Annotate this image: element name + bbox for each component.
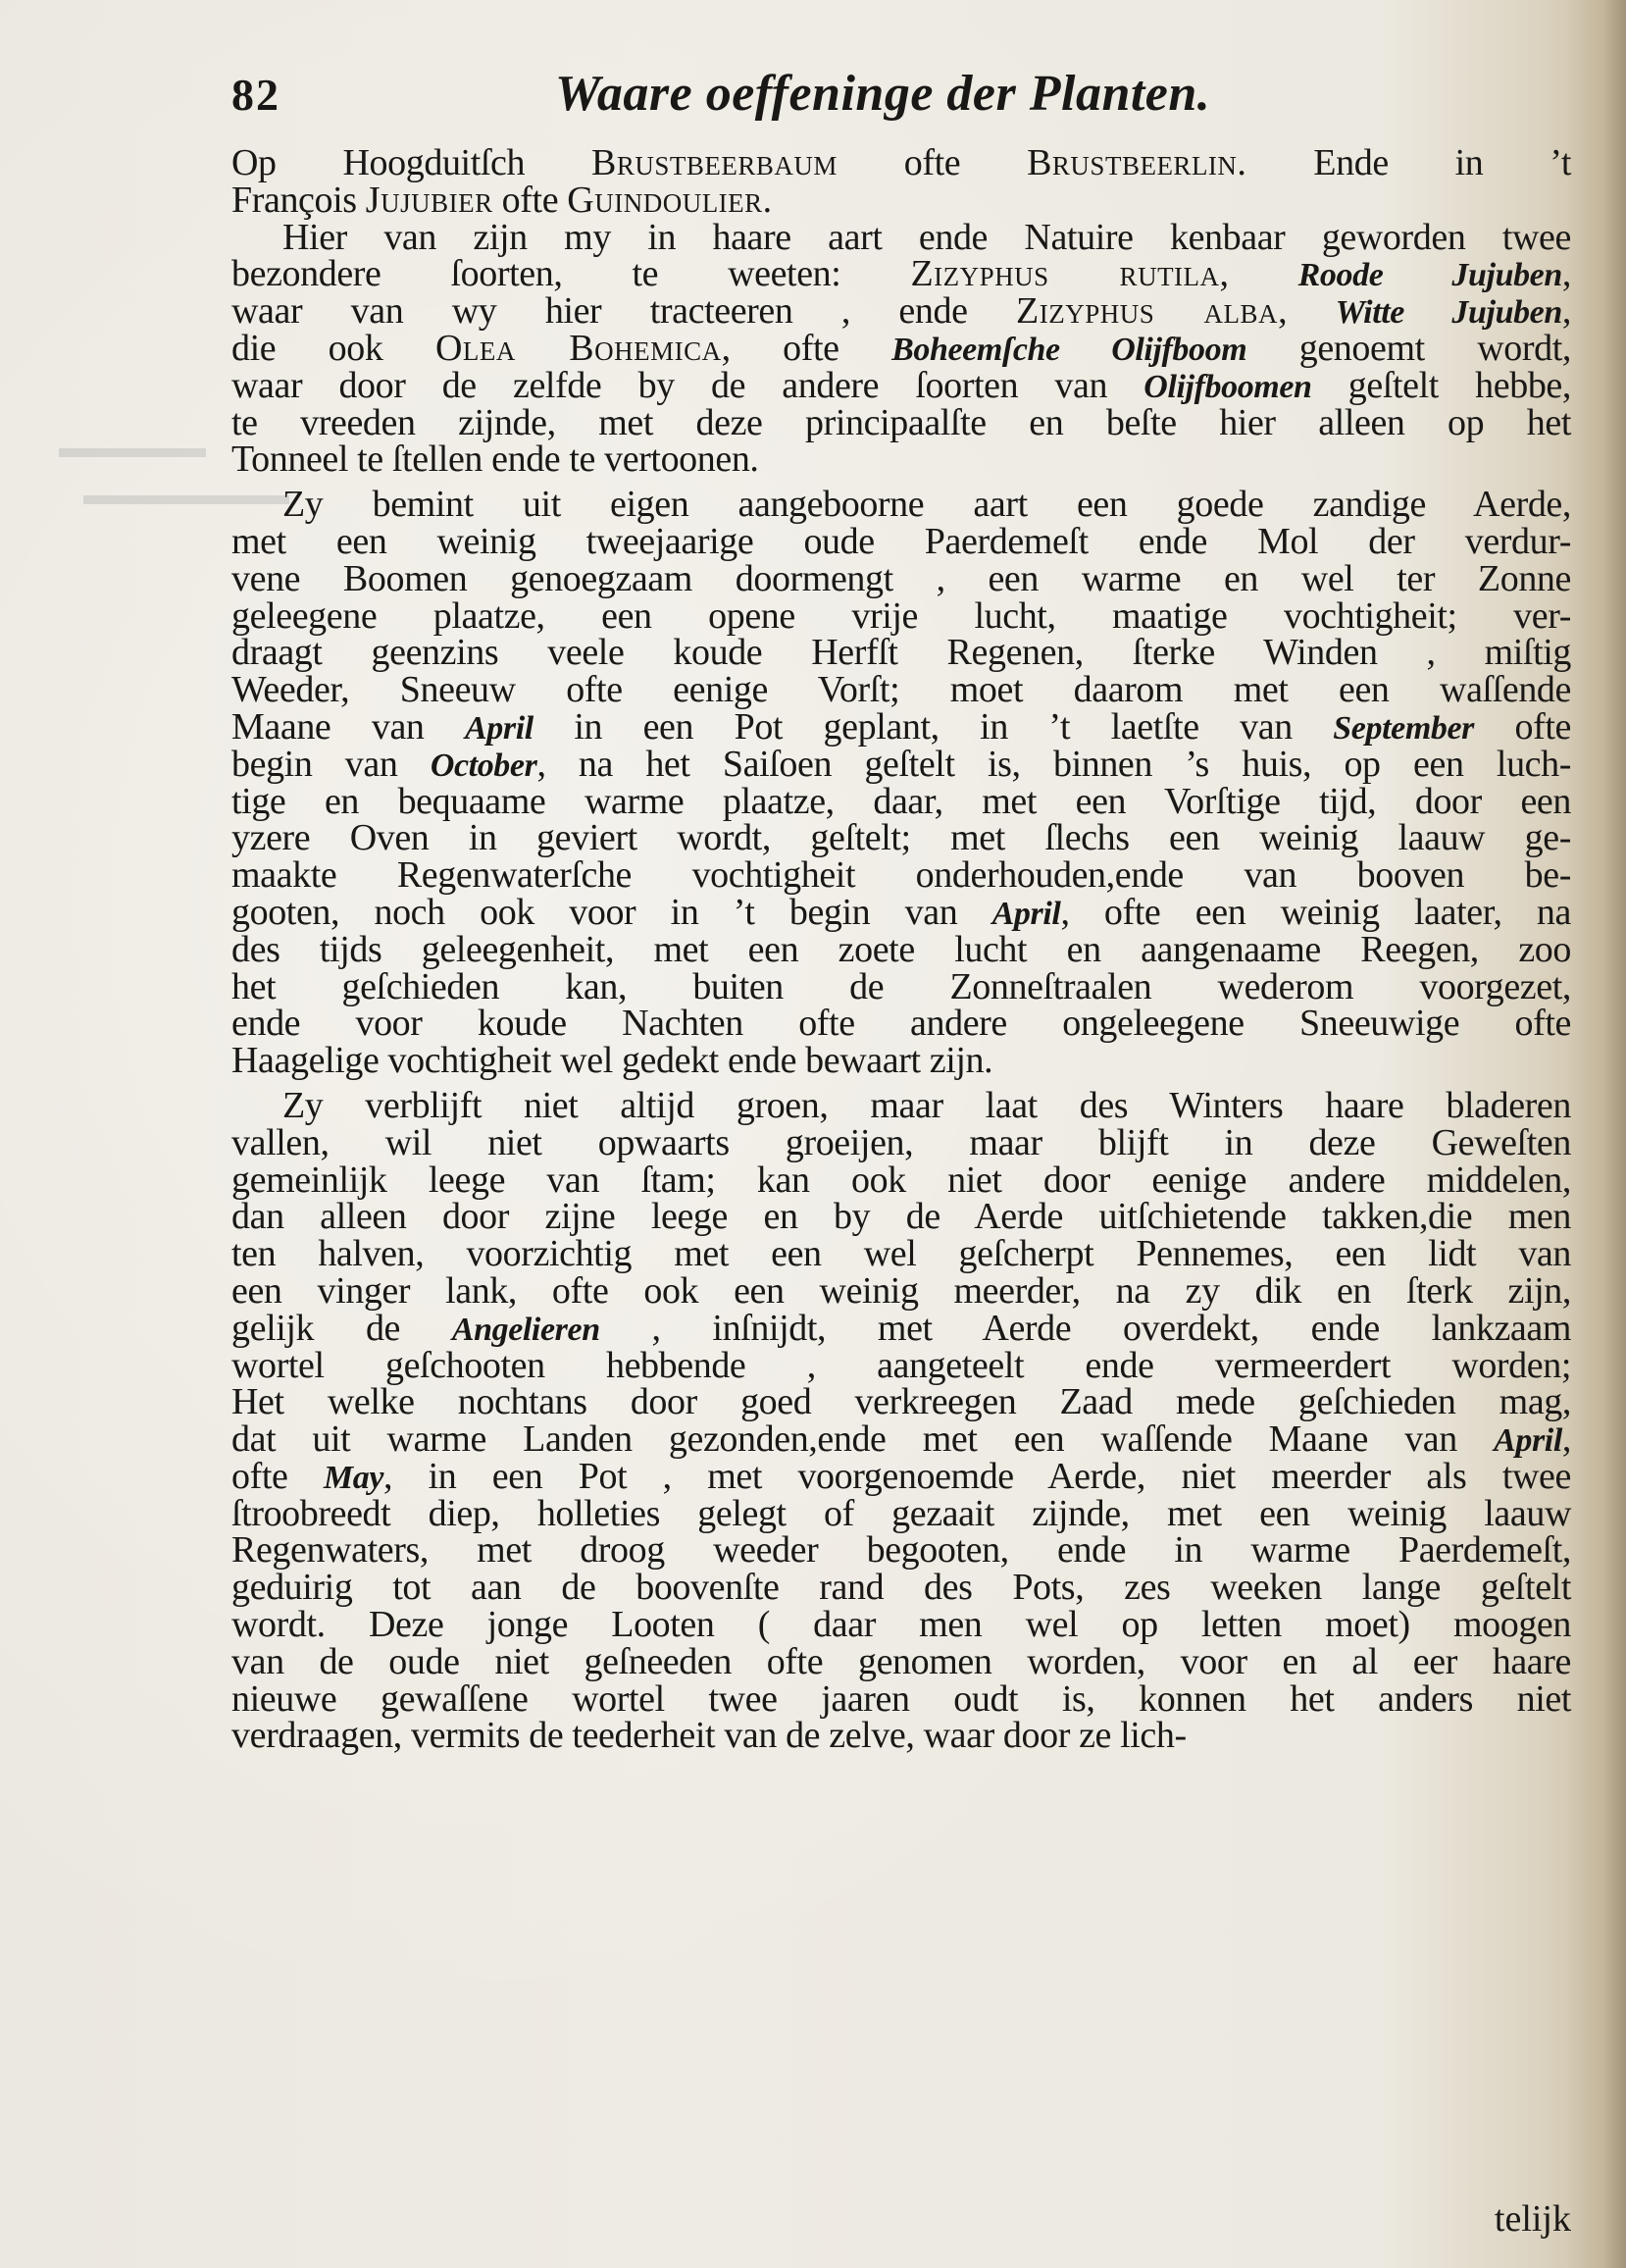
- text-line: Hier van zijn my in haare aart ende Natu…: [231, 220, 1571, 257]
- text-run: ,: [1562, 253, 1571, 294]
- italic-term: Witte Jujuben: [1336, 294, 1562, 331]
- text-line: dat uit warme Landen gezonden,ende met e…: [231, 1421, 1571, 1459]
- text-line: maakte Regenwaterſche vochtigheit onderh…: [231, 857, 1571, 895]
- text-run: waar van wy hier tracteeren , ende: [231, 290, 1016, 332]
- text-run: Tonneel te ſtellen ende te vertoonen.: [231, 438, 759, 480]
- text-line: ende voor koude Nachten ofte andere onge…: [231, 1005, 1571, 1043]
- italic-term: Boheemſche Olijfboom: [891, 332, 1246, 368]
- text-run: ten halven, voorzichtig met een wel geſc…: [231, 1233, 1571, 1274]
- text-line: te vreeden zijnde, met deze principaalſt…: [231, 405, 1571, 442]
- text-run: yzere Oven in geviert wordt, geſtelt; me…: [231, 817, 1571, 858]
- text-line: Zy verblijft niet altijd groen, maar laa…: [231, 1088, 1571, 1125]
- text-line: draagt geenzins veele koude Herfſt Regen…: [231, 635, 1571, 672]
- italic-term: Angelieren: [452, 1312, 600, 1348]
- text-run: Het welke nochtans door goed verkreegen …: [231, 1381, 1571, 1422]
- text-line: vallen, wil niet opwaarts groeijen, maar…: [231, 1125, 1571, 1162]
- italic-term: April: [1494, 1422, 1562, 1459]
- text-run: die ook: [231, 328, 435, 369]
- text-run: vene Boomen genoegzaam doormengt , een w…: [231, 558, 1571, 599]
- paragraph: Zy bemint uit eigen aangeboorne aart een…: [231, 487, 1571, 1080]
- text-run: met een weinig tweejaarige oude Paerdeme…: [231, 521, 1571, 562]
- show-through-text: ▬▬▬▬▬: [59, 432, 206, 465]
- text-run: ,: [1562, 1418, 1571, 1460]
- text-run: ofte: [838, 142, 1027, 183]
- text-run: ofte: [231, 1456, 324, 1497]
- text-line: François Jujubier ofte Guindoulier.: [231, 182, 1571, 220]
- text-run: ,: [1562, 290, 1571, 332]
- running-head-title: Waare oeffeninge der Planten.: [555, 65, 1210, 123]
- text-run: maakte Regenwaterſche vochtigheit onderh…: [231, 854, 1571, 896]
- text-line: het geſchieden kan, buiten de Zonneſtraa…: [231, 969, 1571, 1006]
- text-line: Maane van April in een Pot geplant, in ’…: [231, 709, 1571, 747]
- italic-term: September: [1333, 710, 1474, 747]
- text-line: Haagelige vochtigheit wel gedekt ende be…: [231, 1043, 1571, 1080]
- text-run: tige en bequaame warme plaatze, daar, me…: [231, 781, 1571, 822]
- text-run: Haagelige vochtigheit wel gedekt ende be…: [231, 1040, 992, 1081]
- text-run: Ende in ’t: [1246, 142, 1571, 183]
- text-line: yzere Oven in geviert wordt, geſtelt; me…: [231, 820, 1571, 857]
- text-line: waar van wy hier tracteeren , ende Zizyp…: [231, 293, 1571, 331]
- text-run: waar door de zelfde by de andere ſoorten…: [231, 365, 1143, 406]
- text-line: die ook Olea Bohemica, ofte Boheemſche O…: [231, 331, 1571, 368]
- text-line: vene Boomen genoegzaam doormengt , een w…: [231, 561, 1571, 598]
- text-line: met een weinig tweejaarige oude Paerdeme…: [231, 524, 1571, 561]
- text-run: wordt. Deze jonge Looten ( daar men wel …: [231, 1604, 1571, 1645]
- text-run: gooten, noch ook voor in ’t begin van: [231, 892, 992, 933]
- text-line: Het welke nochtans door goed verkreegen …: [231, 1384, 1571, 1421]
- text-run: geduirig tot aan de boovenſte rand des P…: [231, 1567, 1571, 1608]
- text-run: vallen, wil niet opwaarts groeijen, maar…: [231, 1122, 1571, 1163]
- text-run: François: [231, 180, 366, 221]
- text-run: begin van: [231, 744, 431, 785]
- text-line: Op Hoogduitſch Brustbeerbaum ofte Brustb…: [231, 145, 1571, 182]
- text-run: Zy verblijft niet altijd groen, maar laa…: [282, 1085, 1571, 1126]
- text-line: Zy bemint uit eigen aangeboorne aart een…: [231, 487, 1571, 524]
- text-run: ,: [1278, 290, 1336, 332]
- text-run: , in een Pot , met voorgenoemde Aerde, n…: [383, 1456, 1571, 1497]
- text-line: des tijds geleegenheit, met een zoete lu…: [231, 932, 1571, 969]
- small-caps-term: Jujubier: [366, 180, 493, 221]
- text-line: een vinger lank, ofte ook een weinig mee…: [231, 1273, 1571, 1311]
- text-line: wortel geſchooten hebbende , aangeteelt …: [231, 1348, 1571, 1385]
- text-line: tige en bequaame warme plaatze, daar, me…: [231, 784, 1571, 821]
- text-run: ende voor koude Nachten ofte andere onge…: [231, 1003, 1571, 1044]
- text-line: ofte May, in een Pot , met voorgenoemde …: [231, 1459, 1571, 1496]
- text-line: gemeinlijk leege van ſtam; kan ook niet …: [231, 1162, 1571, 1200]
- italic-term: May: [324, 1460, 383, 1496]
- text-run: te vreeden zijnde, met deze principaalſt…: [231, 402, 1571, 443]
- text-run: , ofte: [722, 328, 892, 369]
- small-caps-term: Zizyphus rutila: [910, 253, 1219, 294]
- text-run: dan alleen door zijne leege en by de Aer…: [231, 1196, 1571, 1237]
- text-line: geduirig tot aan de boovenſte rand des P…: [231, 1570, 1571, 1607]
- italic-term: April: [465, 710, 534, 747]
- running-head: 82 Waare oeffeninge der Planten.: [231, 61, 1585, 129]
- small-caps-term: Brustbeerlin.: [1027, 142, 1246, 183]
- text-line: ten halven, voorzichtig met een wel geſc…: [231, 1236, 1571, 1273]
- text-run: nieuwe gewaſſene wortel twee jaaren oudt…: [231, 1678, 1571, 1720]
- text-run: ofte: [493, 180, 568, 221]
- text-run: verdraagen, vermits de teederheit van de…: [231, 1715, 1187, 1756]
- catchword: telijk: [1495, 2197, 1571, 2241]
- text-run: , na het Saiſoen geſtelt is, binnen ’s h…: [536, 744, 1571, 785]
- paragraph: Hier van zijn my in haare aart ende Natu…: [231, 220, 1571, 480]
- text-run: draagt geenzins veele koude Herfſt Regen…: [231, 632, 1571, 673]
- text-line: begin van October, na het Saiſoen geſtel…: [231, 747, 1571, 784]
- text-line: wordt. Deze jonge Looten ( daar men wel …: [231, 1607, 1571, 1644]
- small-caps-term: Zizyphus alba: [1016, 290, 1278, 332]
- text-run: , ofte een weinig laater, na: [1060, 892, 1571, 933]
- text-run: wortel geſchooten hebbende , aangeteelt …: [231, 1345, 1571, 1386]
- text-run: ,: [1220, 253, 1298, 294]
- text-line: Weeder, Sneeuw ofte eenige Vorſt; moet d…: [231, 672, 1571, 709]
- text-run: Op Hoogduitſch: [231, 142, 591, 183]
- italic-term: April: [992, 896, 1061, 932]
- text-run: ofte: [1474, 706, 1571, 747]
- text-line: van de oude niet geſneeden ofte genomen …: [231, 1644, 1571, 1681]
- text-line: dan alleen door zijne leege en by de Aer…: [231, 1199, 1571, 1236]
- text-run: des tijds geleegenheit, met een zoete lu…: [231, 929, 1571, 970]
- italic-term: Olijfboomen: [1143, 369, 1311, 405]
- small-caps-term: Olea Bohemica: [435, 328, 722, 369]
- text-run: geſtelt hebbe,: [1312, 365, 1571, 406]
- text-run: geleegene plaatze, een opene vrije lucht…: [231, 595, 1571, 637]
- text-line: Regenwaters, met droog weeder begooten, …: [231, 1532, 1571, 1570]
- text-run: het geſchieden kan, buiten de Zonneſtraa…: [231, 966, 1571, 1007]
- text-run: Weeder, Sneeuw ofte eenige Vorſt; moet d…: [231, 669, 1571, 710]
- text-line: nieuwe gewaſſene wortel twee jaaren oudt…: [231, 1681, 1571, 1719]
- page-number: 82: [231, 69, 280, 121]
- text-run: genoemt wordt,: [1246, 328, 1571, 369]
- text-line: geleegene plaatze, een opene vrije lucht…: [231, 598, 1571, 636]
- binding-gutter-shadow: [1567, 0, 1626, 2268]
- text-run: bezondere ſoorten, te weeten:: [231, 253, 910, 294]
- italic-term: October: [431, 747, 537, 784]
- text-line: ſtroobreedt diep, holleties gelegt of ge…: [231, 1496, 1571, 1533]
- text-line: verdraagen, vermits de teederheit van de…: [231, 1718, 1571, 1755]
- text-run: Maane van: [231, 706, 465, 747]
- body-text: Op Hoogduitſch Brustbeerbaum ofte Brustb…: [231, 145, 1571, 1755]
- paragraph: Zy verblijft niet altijd groen, maar laa…: [231, 1088, 1571, 1755]
- text-run: gemeinlijk leege van ſtam; kan ook niet …: [231, 1160, 1571, 1201]
- small-caps-term: Brustbeerbaum: [591, 142, 838, 183]
- text-line: gelijk de Angelieren , inſnijdt, met Aer…: [231, 1311, 1571, 1348]
- paragraph: Op Hoogduitſch Brustbeerbaum ofte Brustb…: [231, 145, 1571, 220]
- text-run: een vinger lank, ofte ook een weinig mee…: [231, 1270, 1571, 1312]
- text-run: Regenwaters, met droog weeder begooten, …: [231, 1529, 1571, 1571]
- text-line: bezondere ſoorten, te weeten: Zizyphus r…: [231, 256, 1571, 293]
- italic-term: Roode Jujuben: [1298, 257, 1562, 293]
- text-run: dat uit warme Landen gezonden,ende met e…: [231, 1418, 1494, 1460]
- text-line: waar door de zelfde by de andere ſoorten…: [231, 368, 1571, 405]
- text-run: van de oude niet geſneeden ofte genomen …: [231, 1641, 1571, 1682]
- book-page: ▬▬▬▬▬ ▬▬▬▬▬▬▬ 82 Waare oeffeninge der Pl…: [0, 0, 1626, 2268]
- text-line: gooten, noch ook voor in ’t begin van Ap…: [231, 895, 1571, 932]
- small-caps-term: Guindoulier.: [567, 180, 772, 221]
- text-run: gelijk de: [231, 1308, 452, 1349]
- text-run: , inſnijdt, met Aerde overdekt, ende lan…: [600, 1308, 1571, 1349]
- text-run: Zy bemint uit eigen aangeboorne aart een…: [282, 484, 1571, 525]
- text-run: ſtroobreedt diep, holleties gelegt of ge…: [231, 1493, 1571, 1534]
- text-run: in een Pot geplant, in ’t laetſte van: [534, 706, 1333, 747]
- text-line: Tonneel te ſtellen ende te vertoonen.: [231, 441, 1571, 479]
- text-run: Hier van zijn my in haare aart ende Natu…: [282, 217, 1571, 258]
